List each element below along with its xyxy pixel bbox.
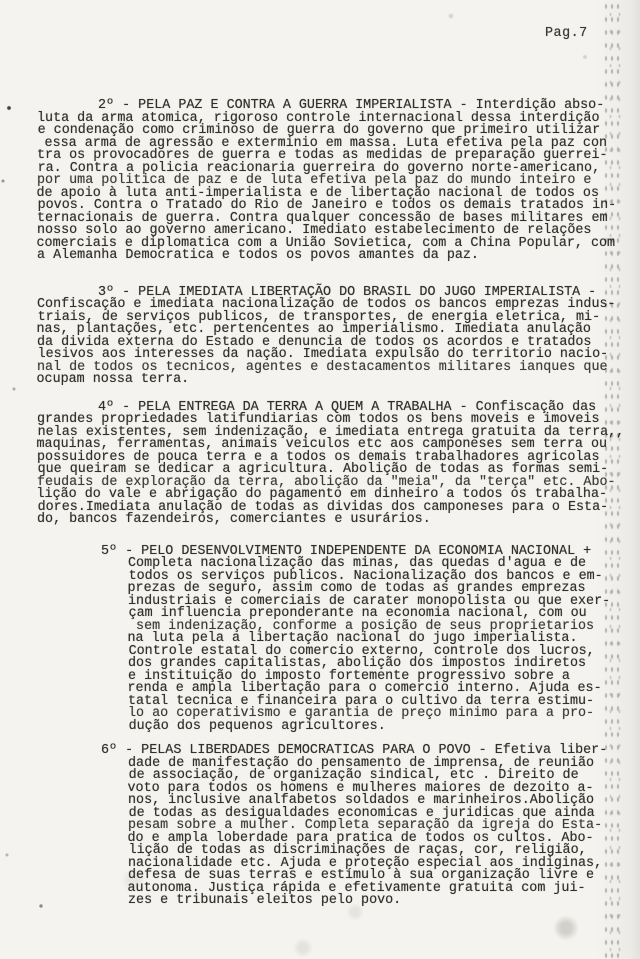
document-line: comerciais e diplomatica com a União Sov… — [37, 238, 640, 251]
document-line: nas, plantações, etc. pertencentes ao im… — [37, 324, 640, 337]
document-body: 2º - PELA PAZ E CONTRA A GUERRA IMPERIAL… — [0, 100, 640, 908]
section-3: 3º - PELA IMEDIATA LIBERTAÇÃO DO BRASIL … — [0, 287, 640, 387]
section-6: 6º - PELAS LIBERDADES DEMOCRATICAS PARA … — [0, 745, 640, 908]
document-line: povos. Contra o Tratado do Rio de Janeir… — [38, 200, 640, 213]
document-line: dução dos pequenos agricultores. — [129, 721, 640, 734]
document-line: a Alemanha Democratica e todos os povos … — [37, 250, 640, 263]
page-number-label: Pag.7 — [545, 26, 588, 41]
document-line: Controle estatal do comercio externo, co… — [129, 646, 640, 659]
document-line: prezas de seguro, assim como de todas as… — [128, 583, 640, 596]
section-2: 2º - PELA PAZ E CONTRA A GUERRA IMPERIAL… — [0, 100, 640, 263]
document-line: maquinas, ferramentas, animais veiculos … — [37, 439, 640, 452]
document-line: voto para todos os homens e mulheres mai… — [128, 783, 640, 796]
section-4: 4º - PELA ENTREGA DA TERRA A QUEM A TRAB… — [0, 402, 640, 527]
document-line: lição de todas as discriminações de raça… — [129, 845, 640, 858]
document-line: essa arma de agressão e exterminio em ma… — [37, 138, 640, 151]
section-5: 5º - PELO DESENVOLVIMENTO INDEPENDENTE D… — [0, 546, 640, 734]
document-line: autonoma. Justiça rápida e efetivamente … — [128, 883, 640, 896]
document-line: renda e ampla libertação para o comercio… — [128, 683, 640, 696]
document-line: zes e tribunais eleitos pelo povo. — [128, 895, 640, 908]
document-line: ocupam nossa terra. — [37, 374, 640, 387]
scanned-page: Pag.7 2º - PELA PAZ E CONTRA A GUERRA IM… — [0, 0, 640, 959]
document-line: dores.Imediata anulação de todas as divi… — [38, 502, 640, 515]
document-line: do, bancos fazendeiros, comerciantes e u… — [37, 514, 640, 527]
